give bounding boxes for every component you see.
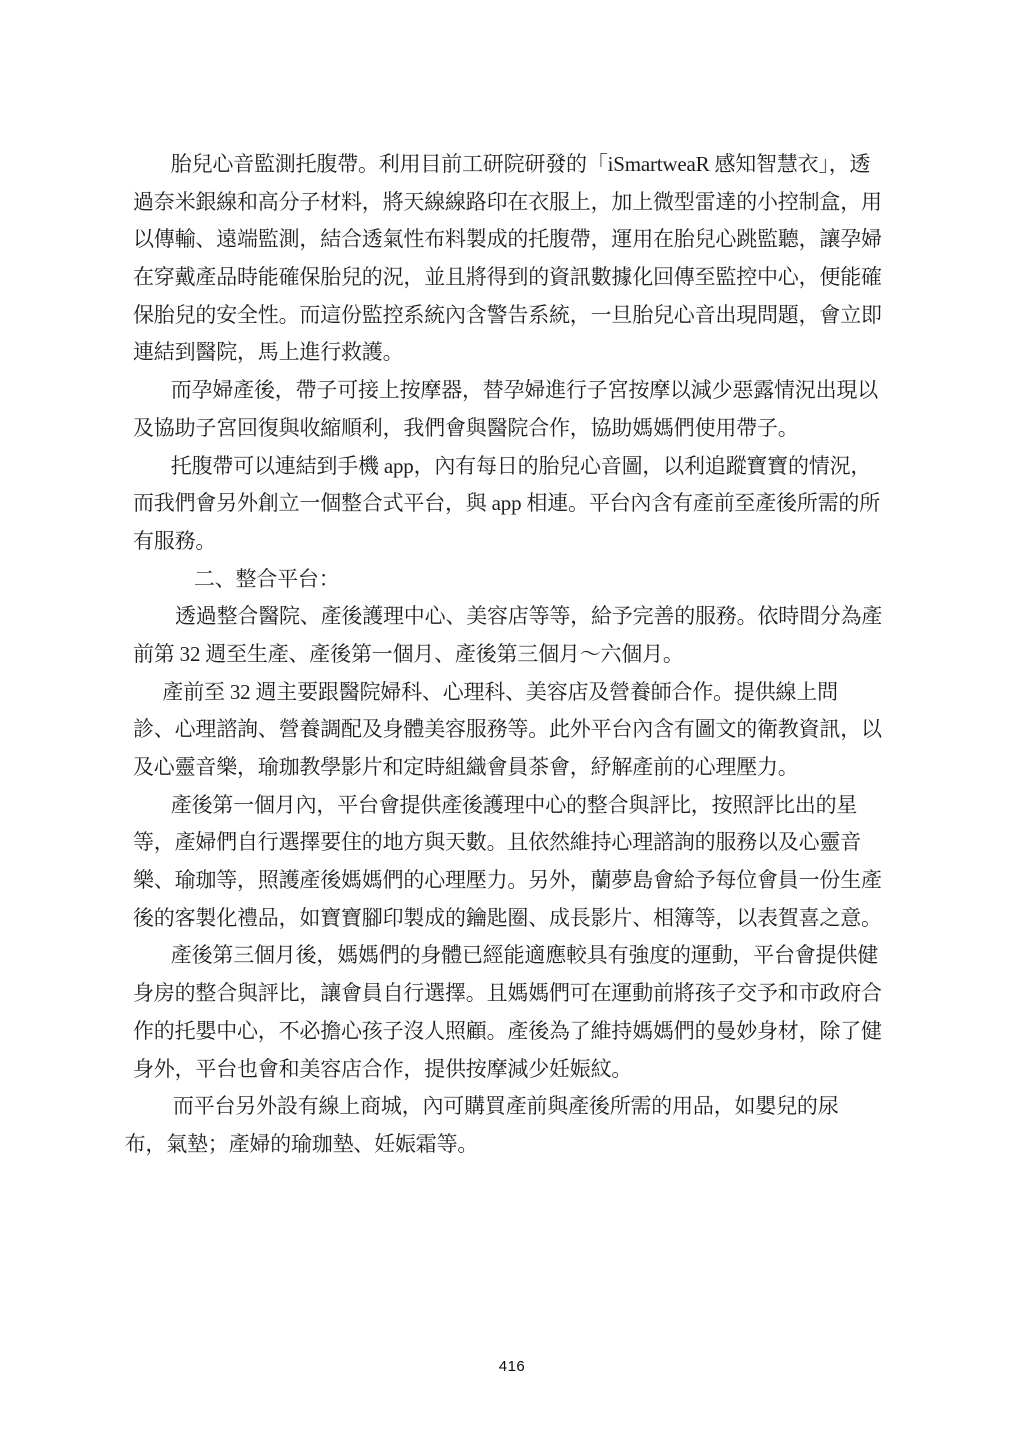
text-line: 及協助子宮回復與收縮順利，我們會與醫院合作，協助媽媽們使用帶子。: [133, 410, 893, 448]
text-line: 托腹帶可以連結到手機 app，內有每日的胎兒心音圖，以利追蹤寶寶的情況，: [171, 448, 893, 486]
text-line: 二、整合平台：: [194, 561, 893, 599]
text-line: 及心靈音樂，瑜珈教學影片和定時組織會員茶會，紓解產前的心理壓力。: [133, 749, 893, 787]
document-page: 胎兒心音監測托腹帶。利用目前工研院研發的「iSmartweaR 感知智慧衣」，透…: [0, 0, 1024, 1448]
text-line: 診、心理諮詢、營養調配及身體美容服務等。此外平台內含有圖文的衛教資訊，以: [133, 711, 893, 749]
text-line: 在穿戴產品時能確保胎兒的況，並且將得到的資訊數據化回傳至監控中心，便能確: [133, 259, 893, 297]
text-line: 身房的整合與評比，讓會員自行選擇。且媽媽們可在運動前將孩子交予和市政府合: [133, 975, 893, 1013]
text-line: 前第 32 週至生產、產後第一個月、產後第三個月～六個月。: [133, 636, 893, 674]
text-line: 透過整合醫院、產後護理中心、美容店等等，給予完善的服務。依時間分為產: [175, 598, 893, 636]
text-line: 保胎兒的安全性。而這份監控系統內含警告系統，一旦胎兒心音出現問題，會立即: [133, 297, 893, 335]
text-line: 以傳輸、遠端監測，結合透氣性布料製成的托腹帶，運用在胎兒心跳監聽，讓孕婦: [133, 221, 893, 259]
text-line: 產前至 32 週主要跟醫院婦科、心理科、美容店及營養師合作。提供線上問: [162, 674, 893, 712]
text-line: 而孕婦產後，帶子可接上按摩器，替孕婦進行子宮按摩以減少惡露情況出現以: [171, 372, 893, 410]
text-line: 布，氣墊；產婦的瑜珈墊、妊娠霜等。: [125, 1126, 893, 1164]
text-line: 身外，平台也會和美容店合作，提供按摩減少妊娠紋。: [133, 1051, 893, 1089]
page-number: 416: [0, 1358, 1024, 1375]
text-line: 而我們會另外創立一個整合式平台，與 app 相連。平台內含有產前至產後所需的所: [133, 485, 893, 523]
text-line: 作的托嬰中心，不必擔心孩子沒人照顧。產後為了維持媽媽們的曼妙身材，除了健: [133, 1013, 893, 1051]
text-line: 產後第一個月內，平台會提供產後護理中心的整合與評比，按照評比出的星: [171, 787, 893, 825]
document-body: 胎兒心音監測托腹帶。利用目前工研院研發的「iSmartweaR 感知智慧衣」，透…: [133, 146, 893, 1164]
text-line: 過奈米銀線和高分子材料，將天線線路印在衣服上，加上微型雷達的小控制盒，用: [133, 184, 893, 222]
text-line: 樂、瑜珈等，照護產後媽媽們的心理壓力。另外，蘭夢島會給予每位會員一份生產: [133, 862, 893, 900]
text-line: 有服務。: [133, 523, 893, 561]
text-line: 而平台另外設有線上商城，內可購買產前與產後所需的用品，如嬰兒的尿: [173, 1088, 893, 1126]
text-line: 後的客製化禮品，如寶寶腳印製成的鑰匙圈、成長影片、相簿等，以表賀喜之意。: [133, 900, 893, 938]
text-line: 產後第三個月後，媽媽們的身體已經能適應較具有強度的運動，平台會提供健: [171, 937, 893, 975]
text-line: 等，產婦們自行選擇要住的地方與天數。且依然維持心理諮詢的服務以及心靈音: [133, 824, 893, 862]
text-line: 胎兒心音監測托腹帶。利用目前工研院研發的「iSmartweaR 感知智慧衣」，透: [171, 146, 893, 184]
text-line: 連結到醫院，馬上進行救護。: [133, 334, 893, 372]
